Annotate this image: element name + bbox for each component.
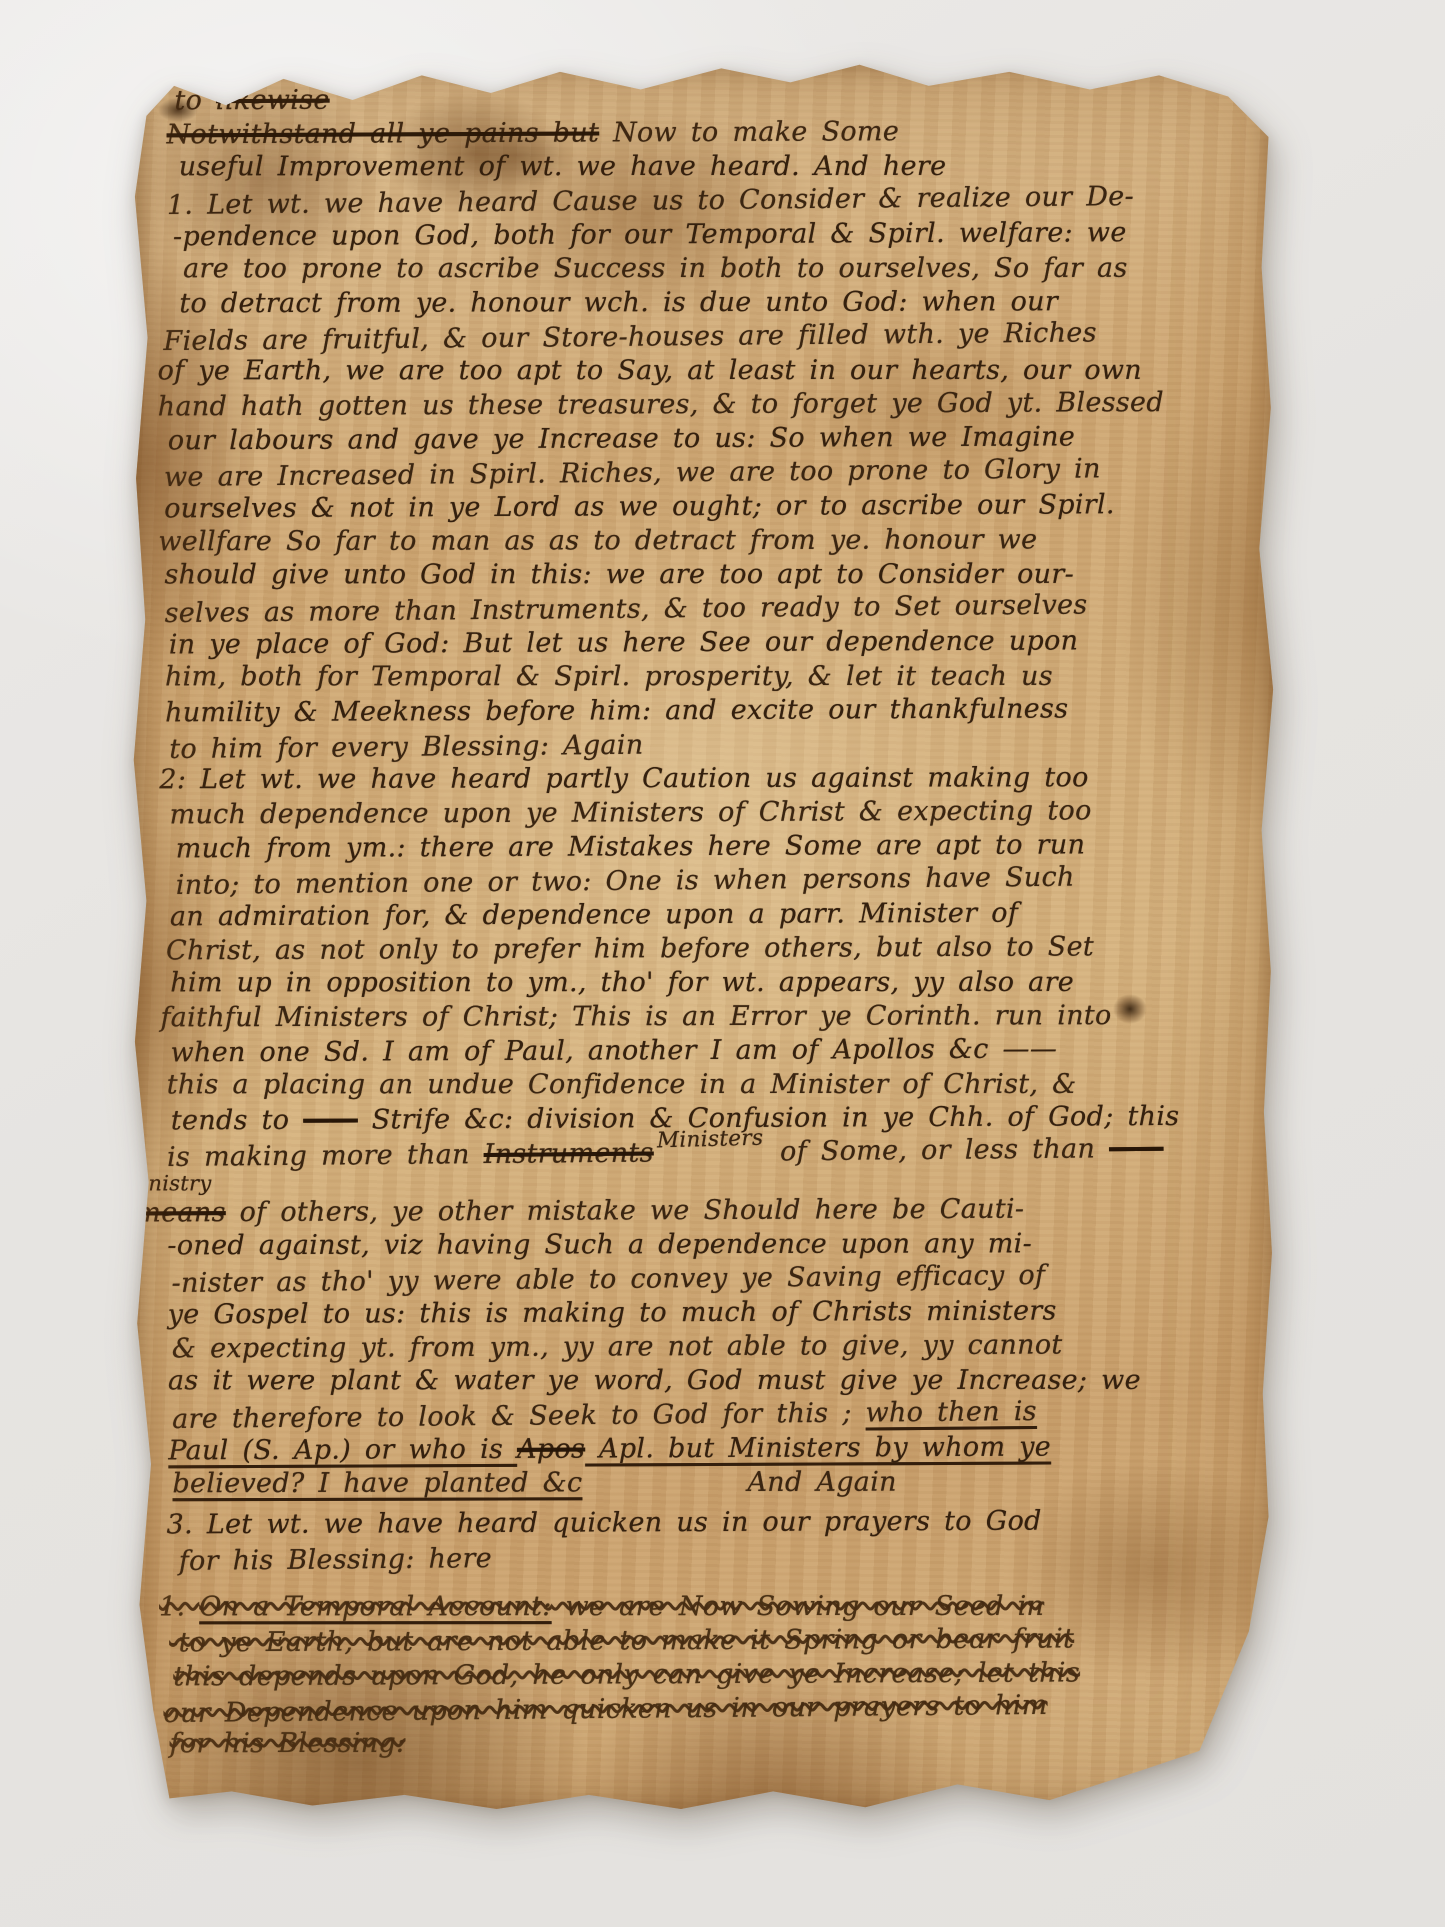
manuscript-line: our Dependence upon him quicken us in ou… <box>163 1687 1239 1731</box>
manuscript-text-segment: Fields are fruitful, & our Store-houses … <box>163 317 1097 357</box>
manuscript-text-segment: when one Sd. I am of Paul, another I am … <box>171 1033 1058 1068</box>
manuscript-text-segment: ye Gospel to us: this is making to much … <box>168 1295 1057 1330</box>
manuscript-paper: to likewiseNotwithstand all ye pains but… <box>128 56 1280 1816</box>
manuscript-text-segment: in ye place of God: But let us here See … <box>169 625 1079 660</box>
manuscript-line: are too prone to ascribe Success in both… <box>183 252 1233 287</box>
manuscript-line: -pendence upon God, both for our Tempora… <box>173 216 1233 255</box>
manuscript-text-segment: much from ym.: there are Mistakes here S… <box>176 829 1086 864</box>
manuscript-line: ourselves & not in ye Lord as we ought; … <box>164 488 1234 527</box>
manuscript-line: 1. Let wt. we have heard Cause us to Con… <box>167 179 1233 223</box>
manuscript-text-segment: Instruments <box>484 1137 654 1170</box>
manuscript-text-segment: Apl. but Ministers by whom ye <box>585 1432 1051 1465</box>
manuscript-text-segment: Ministers <box>656 1122 763 1159</box>
manuscript-text-segment: -nister as tho' yy were able to convey y… <box>171 1260 1045 1299</box>
manuscript-line: believed? I have planted &cAnd Again <box>172 1465 1238 1501</box>
manuscript-line: 3. Let wt. we have heard quicken us in o… <box>167 1504 1239 1543</box>
manuscript-line: for his Blessing: <box>170 1725 1240 1761</box>
manuscript-line: him up in opposition to ym., tho' for wt… <box>170 966 1236 1001</box>
manuscript-text-segment: 3. Let wt. we have heard quicken us in o… <box>167 1506 1042 1541</box>
ink-blot <box>1113 994 1147 1024</box>
manuscript-line: selves as more than Instruments, & too r… <box>165 587 1235 631</box>
manuscript-text-segment: & expecting yt. from ym., yy are not abl… <box>172 1329 1063 1364</box>
manuscript-line: to detract from ye. honour wch. is due u… <box>179 285 1233 321</box>
manuscript-line: are therefore to look & Seek to God for … <box>172 1393 1238 1437</box>
manuscript-text-segment: our labours and gave ye Increase to us: … <box>168 421 1075 456</box>
manuscript-text-segment: Now to make Some <box>599 116 899 148</box>
manuscript-text-segment: of others, ye other mistake we Should he… <box>226 1194 1025 1228</box>
manuscript-text-segment: to him for every Blessing: Again <box>169 730 644 765</box>
manuscript-line: useful Improvement of wt. we have heard.… <box>179 150 1233 185</box>
manuscript-text-segment: of ye Earth, we are too apt to Say, at l… <box>158 355 1142 387</box>
manuscript-line: -nister as tho' yy were able to convey y… <box>171 1257 1237 1301</box>
manuscript-text-segment: who then is <box>865 1396 1037 1429</box>
manuscript-line: 1. On a Temporal Account: we are Now Sow… <box>159 1590 1239 1625</box>
manuscript-text-segment: 1. Let wt. we have heard Cause us to Con… <box>167 181 1134 221</box>
manuscript-text-segment: Paul (S. Ap.) or who is <box>168 1434 517 1467</box>
manuscript-line: is making more than InstrumentsMinisters… <box>167 1131 1237 1177</box>
manuscript-text: to likewiseNotwithstand all ye pains but… <box>182 80 1239 1763</box>
manuscript-line: 2: Let wt. we have heard partly Caution … <box>159 761 1235 797</box>
manuscript-text-segment: On a Temporal Account: <box>199 1591 551 1622</box>
paper-stain <box>458 126 578 186</box>
manuscript-line: for his Blessing: here <box>179 1535 1239 1579</box>
photo-background: { "photo": { "background_color": "#e6e4e… <box>0 0 1445 1927</box>
manuscript-text-segment: an admiration for, & dependence upon a p… <box>170 898 1018 933</box>
manuscript-text-segment: this depends upon God, he only can give … <box>173 1657 1080 1692</box>
manuscript-text-segment: we are Now Sowing our Seed in <box>552 1591 1045 1622</box>
manuscript-text-segment: our Dependence upon him quicken us in ou… <box>163 1690 1047 1729</box>
manuscript-text-segment: wellfare So far to man as as to detract … <box>158 524 1037 557</box>
manuscript-text-segment: humility & Meekness before him: and exci… <box>165 693 1068 728</box>
manuscript-line: him, both for Temporal & Spirl. prosperi… <box>165 660 1235 695</box>
manuscript-line: means of others, ye other mistake we Sho… <box>135 1192 1237 1231</box>
manuscript-text-segment: him, both for Temporal & Spirl. prosperi… <box>165 661 1053 692</box>
manuscript-text-segment: means <box>135 1197 226 1228</box>
manuscript-text-segment: useful Improvement of wt. we have heard.… <box>179 151 947 182</box>
manuscript-line: tends to —— Strife &c: division & Confus… <box>171 1100 1237 1139</box>
manuscript-text-segment: much dependence upon ye Ministers of Chr… <box>169 795 1091 830</box>
manuscript-line: should give unto God in this: we are too… <box>164 558 1234 593</box>
manuscript-line: Notwithstand all ye pains but Now to mak… <box>166 114 1232 153</box>
manuscript-text-segment: Christ, as not only to prefer him before… <box>166 931 1094 966</box>
manuscript-text-segment: 2: Let wt. we have heard partly Caution … <box>159 762 1088 795</box>
manuscript-text-segment: -oned against, viz having Such a depende… <box>167 1228 1032 1261</box>
manuscript-line: into; to mention one or two: One is when… <box>176 859 1236 903</box>
manuscript-line: when one Sd. I am of Paul, another I am … <box>170 1032 1236 1071</box>
ink-blot <box>158 98 198 122</box>
manuscript-text-segment: to <box>174 85 216 116</box>
manuscript-text-segment: for his Blessing: <box>170 1728 406 1760</box>
manuscript-line: in ye place of God: But let us here See … <box>169 624 1235 663</box>
manuscript-line: ministry <box>121 1172 1237 1195</box>
manuscript-text-segment: are therefore to look & Seek to God for … <box>172 1398 866 1435</box>
manuscript-text-segment: to detract from ye. honour wch. is due u… <box>179 286 1058 319</box>
manuscript-text-segment: for his Blessing: here <box>179 1543 492 1577</box>
manuscript-text-segment: hand hath gotten us these treasures, & t… <box>158 387 1164 422</box>
manuscript-text-segment: 1. <box>159 1591 199 1622</box>
manuscript-line: -oned against, viz having Such a depende… <box>167 1227 1237 1263</box>
manuscript-text-segment: Apos <box>517 1434 585 1465</box>
manuscript-line: humility & Meekness before him: and exci… <box>165 692 1235 731</box>
manuscript-text-segment: -to ye Earth, but are not able to make i… <box>169 1623 1074 1658</box>
manuscript-line: this a placing an undue Confidence in a … <box>167 1068 1237 1103</box>
manuscript-line: as it were plant & water ye word, God mu… <box>168 1364 1238 1399</box>
manuscript-line: wellfare So far to man as as to detract … <box>158 523 1234 559</box>
manuscript-line: faithful Ministers of Christ; This is an… <box>160 999 1236 1035</box>
manuscript-text-segment: —— <box>303 1105 358 1136</box>
manuscript-text-segment: tends to <box>171 1105 303 1137</box>
manuscript-line: Paul (S. Ap.) or who is Apos Apl. but Mi… <box>168 1430 1238 1469</box>
manuscript-text-segment: believed? I have planted &c <box>172 1467 582 1499</box>
manuscript-text-segment: is making more than <box>167 1139 484 1173</box>
manuscript-text-segment: we are Increased in Spirl. Riches, we ar… <box>164 453 1101 493</box>
manuscript-line: to him for every Blessing: Again <box>169 723 1235 767</box>
manuscript-text-segment: are too prone to ascribe Success in both… <box>183 253 1127 284</box>
manuscript-text-segment: into; to mention one or two: One is when… <box>176 862 1075 901</box>
manuscript-text-segment: him up in opposition to ym., tho' for wt… <box>170 967 1074 998</box>
manuscript-line: we are Increased in Spirl. Riches, we ar… <box>164 451 1234 495</box>
manuscript-line: -to ye Earth, but are not able to make i… <box>169 1622 1239 1661</box>
manuscript-line: of ye Earth, we are too apt to Say, at l… <box>158 354 1234 389</box>
manuscript-text-segment: ourselves & not in ye Lord as we ought; … <box>164 489 1115 524</box>
manuscript-text-segment: Strife &c: division & Confusion in ye Ch… <box>358 1101 1180 1136</box>
manuscript-line: ye Gospel to us: this is making to much … <box>168 1294 1238 1333</box>
manuscript-line: Christ, as not only to prefer him before… <box>166 930 1236 969</box>
manuscript-line: Fields are fruitful, & our Store-houses … <box>163 315 1233 359</box>
manuscript-text-segment: likewise <box>216 85 330 116</box>
manuscript-line: to likewise <box>174 80 1232 119</box>
manuscript-text-segment: Notwithstand all ye pains but <box>166 117 599 150</box>
manuscript-line: this depends upon God, he only can give … <box>173 1656 1239 1695</box>
manuscript-text-segment: should give unto God in this: we are too… <box>164 559 1074 590</box>
manuscript-line: & expecting yt. from ym., yy are not abl… <box>172 1328 1238 1367</box>
manuscript-line: much dependence upon ye Ministers of Chr… <box>169 794 1235 833</box>
manuscript-text-segment: -pendence upon God, both for our Tempora… <box>173 217 1127 252</box>
manuscript-text-segment: —— <box>1109 1133 1164 1165</box>
manuscript-line: hand hath gotten us these treasures, & t… <box>158 386 1234 425</box>
manuscript-text-segment: selves as more than Instruments, & too r… <box>165 589 1088 629</box>
manuscript-line: much from ym.: there are Mistakes here S… <box>176 828 1236 867</box>
manuscript-text-segment: And Again <box>747 1467 896 1498</box>
manuscript-text-segment: faithful Ministers of Christ; This is an… <box>160 1000 1111 1033</box>
manuscript-line: an admiration for, & dependence upon a p… <box>170 896 1236 935</box>
manuscript-text-segment: of Some, or less than <box>766 1133 1109 1167</box>
manuscript-line: our labours and gave ye Increase to us: … <box>168 420 1234 459</box>
manuscript-text-segment: this a placing an undue Confidence in a … <box>167 1069 1077 1100</box>
manuscript-paper-wrapper: to likewiseNotwithstand all ye pains but… <box>128 56 1280 1816</box>
manuscript-text-segment: as it were plant & water ye word, God mu… <box>168 1365 1141 1397</box>
manuscript-text-segment: ministry <box>121 1171 211 1195</box>
